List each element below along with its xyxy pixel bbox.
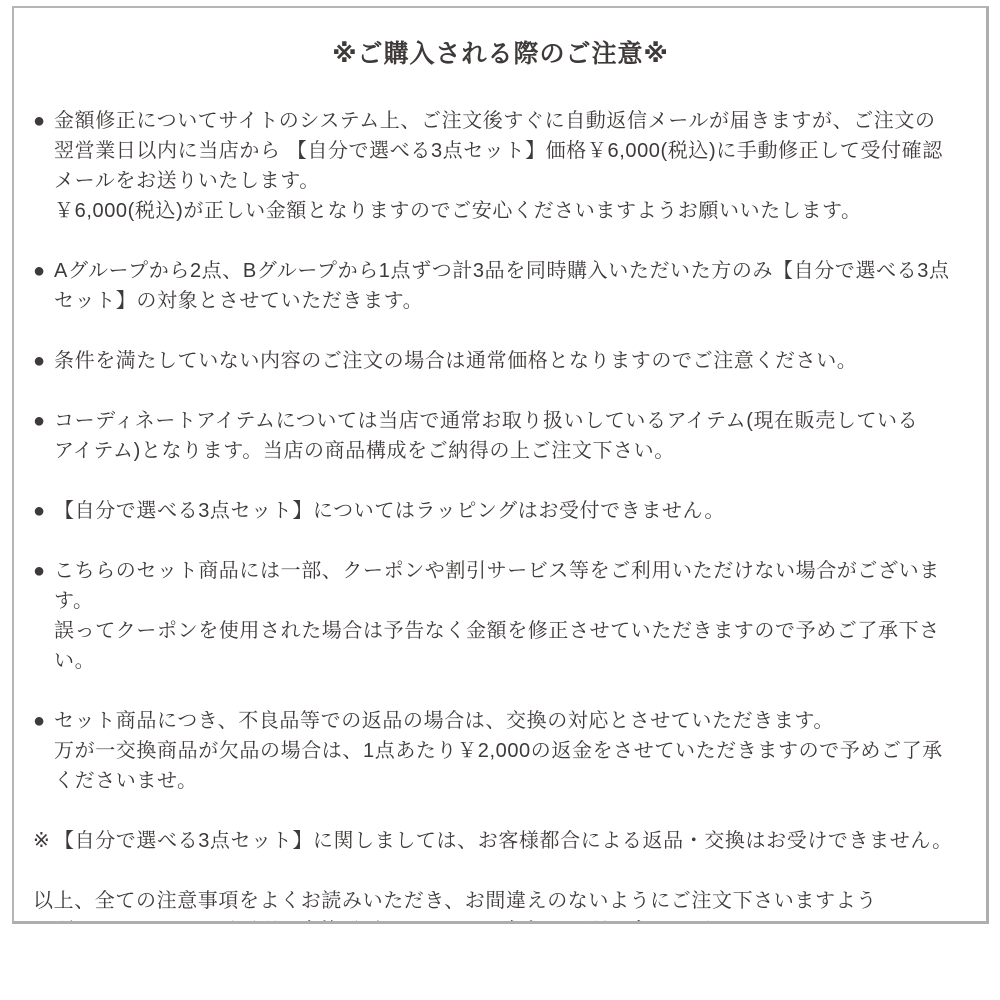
bullet-icon: ● xyxy=(33,406,54,436)
notice-note: ※ 【自分で選べる3点セット】に関しましては、お客様都合による返品・交換はお受け… xyxy=(33,826,968,856)
page-title: ※ご購入される際のご注意※ xyxy=(33,38,968,70)
notice-item-text: こちらのセット商品には一部、クーポンや割引サービス等をご利用いただけない場合がご… xyxy=(54,556,968,676)
notice-item-text: 条件を満たしていない内容のご注文の場合は通常価格となりますのでご注意ください。 xyxy=(54,346,968,376)
notice-note-text: 【自分で選べる3点セット】に関しましては、お客様都合による返品・交換はお受けでき… xyxy=(54,826,968,856)
notice-item: ● 金額修正についてサイトのシステム上、ご注文後すぐに自動返信メールが届きますが… xyxy=(33,106,968,226)
notice-item-text: Aグループから2点、Bグループから1点ずつ計3品を同時購入いただいた方のみ【自分… xyxy=(54,256,968,316)
notice-item-text: 金額修正についてサイトのシステム上、ご注文後すぐに自動返信メールが届きますが、ご… xyxy=(54,106,968,226)
notice-item-text: 【自分で選べる3点セット】についてはラッピングはお受付できません。 xyxy=(54,496,968,526)
notice-item: ● 条件を満たしていない内容のご注文の場合は通常価格となりますのでご注意ください… xyxy=(33,346,968,376)
bullet-icon: ● xyxy=(33,256,54,286)
notice-item-text: セット商品につき、不良品等での返品の場合は、交換の対応とさせていただきます。 万… xyxy=(54,706,968,796)
notice-item: ● Aグループから2点、Bグループから1点ずつ計3品を同時購入いただいた方のみ【… xyxy=(33,256,968,316)
bullet-icon: ● xyxy=(33,106,54,136)
notice-box: ※ご購入される際のご注意※ ● 金額修正についてサイトのシステム上、ご注文後すぐ… xyxy=(12,6,989,924)
bullet-icon: ● xyxy=(33,496,54,526)
notice-item: ● こちらのセット商品には一部、クーポンや割引サービス等をご利用いただけない場合… xyxy=(33,556,968,676)
bullet-icon: ● xyxy=(33,346,54,376)
asterisk-note-icon: ※ xyxy=(33,826,54,856)
closing-paragraph: 以上、全ての注意事項をよくお読みいただき、お間違えのないようにご注文下さいますよ… xyxy=(33,886,968,924)
bullet-icon: ● xyxy=(33,556,54,586)
bullet-icon: ● xyxy=(33,706,54,736)
notice-item: ● コーディネートアイテムについては当店で通常お取り扱いしているアイテム(現在販… xyxy=(33,406,968,466)
notice-item: ● 【自分で選べる3点セット】についてはラッピングはお受付できません。 xyxy=(33,496,968,526)
notice-item-text: コーディネートアイテムについては当店で通常お取り扱いしているアイテム(現在販売し… xyxy=(54,406,968,466)
notice-item: ● セット商品につき、不良品等での返品の場合は、交換の対応とさせていただきます。… xyxy=(33,706,968,796)
closing-text: 以上、全ての注意事項をよくお読みいただき、お間違えのないようにご注文下さいますよ… xyxy=(33,886,968,924)
